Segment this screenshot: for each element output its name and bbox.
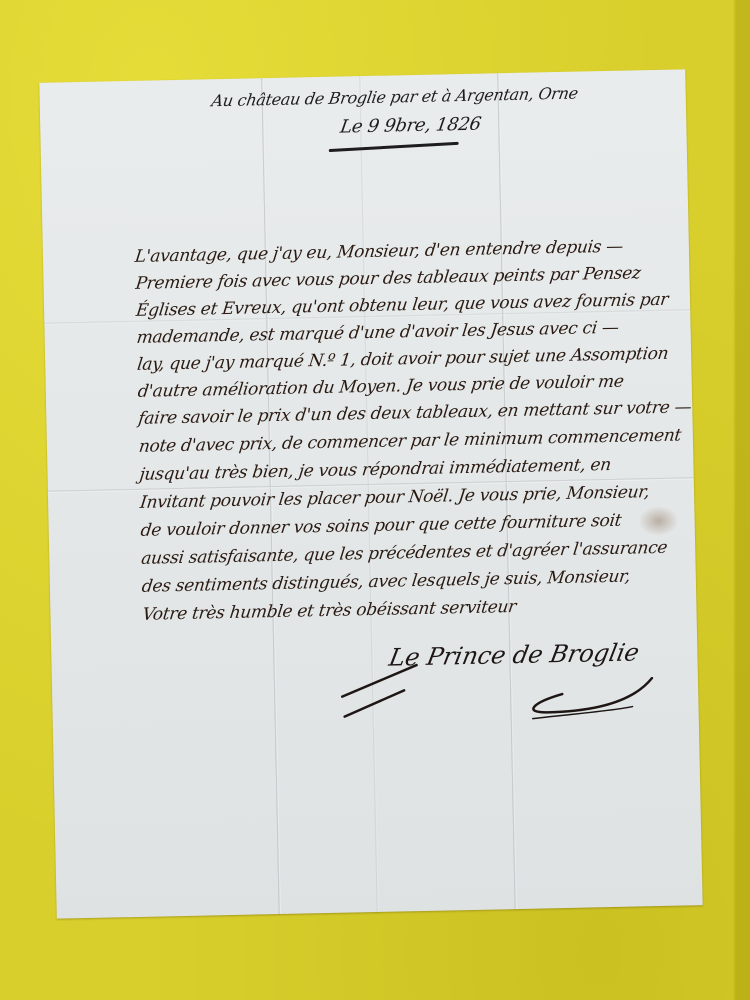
body-line: Premiere fois avec vous pour des tableau… [134, 263, 641, 294]
body-line: Votre très humble et très obéissant serv… [141, 597, 517, 625]
body-line: de vouloir donner vos soins pour que cet… [140, 511, 623, 541]
body-line: d'autre amélioration du Moyen. Je vous p… [137, 372, 625, 402]
date-underline [329, 142, 459, 152]
body-line: aussi satisfaisante, que les précédentes… [140, 538, 668, 569]
body-line: faire savoir le prix d'un des deux table… [137, 397, 692, 429]
body-line: L'avantage, que j'ay eu, Monsieur, d'en … [134, 237, 624, 267]
body-line: des sentiments distingués, avec lesquels… [141, 567, 632, 597]
body-line: mademande, est marqué d'une d'avoir les … [135, 318, 619, 348]
signature-flourish-icon [331, 630, 673, 727]
letter-paper: Au château de Broglie par et à Argentan,… [39, 69, 702, 918]
letter-date: Le 9 9bre, 1826 [339, 114, 483, 138]
letter-place-header: Au château de Broglie par et à Argentan,… [210, 84, 579, 111]
body-line: lay, que j'ay marqué N.º 1, doit avoir p… [136, 344, 669, 375]
ink-stain [638, 506, 679, 537]
body-line: note d'avec prix, de commencer par le mi… [138, 425, 682, 456]
